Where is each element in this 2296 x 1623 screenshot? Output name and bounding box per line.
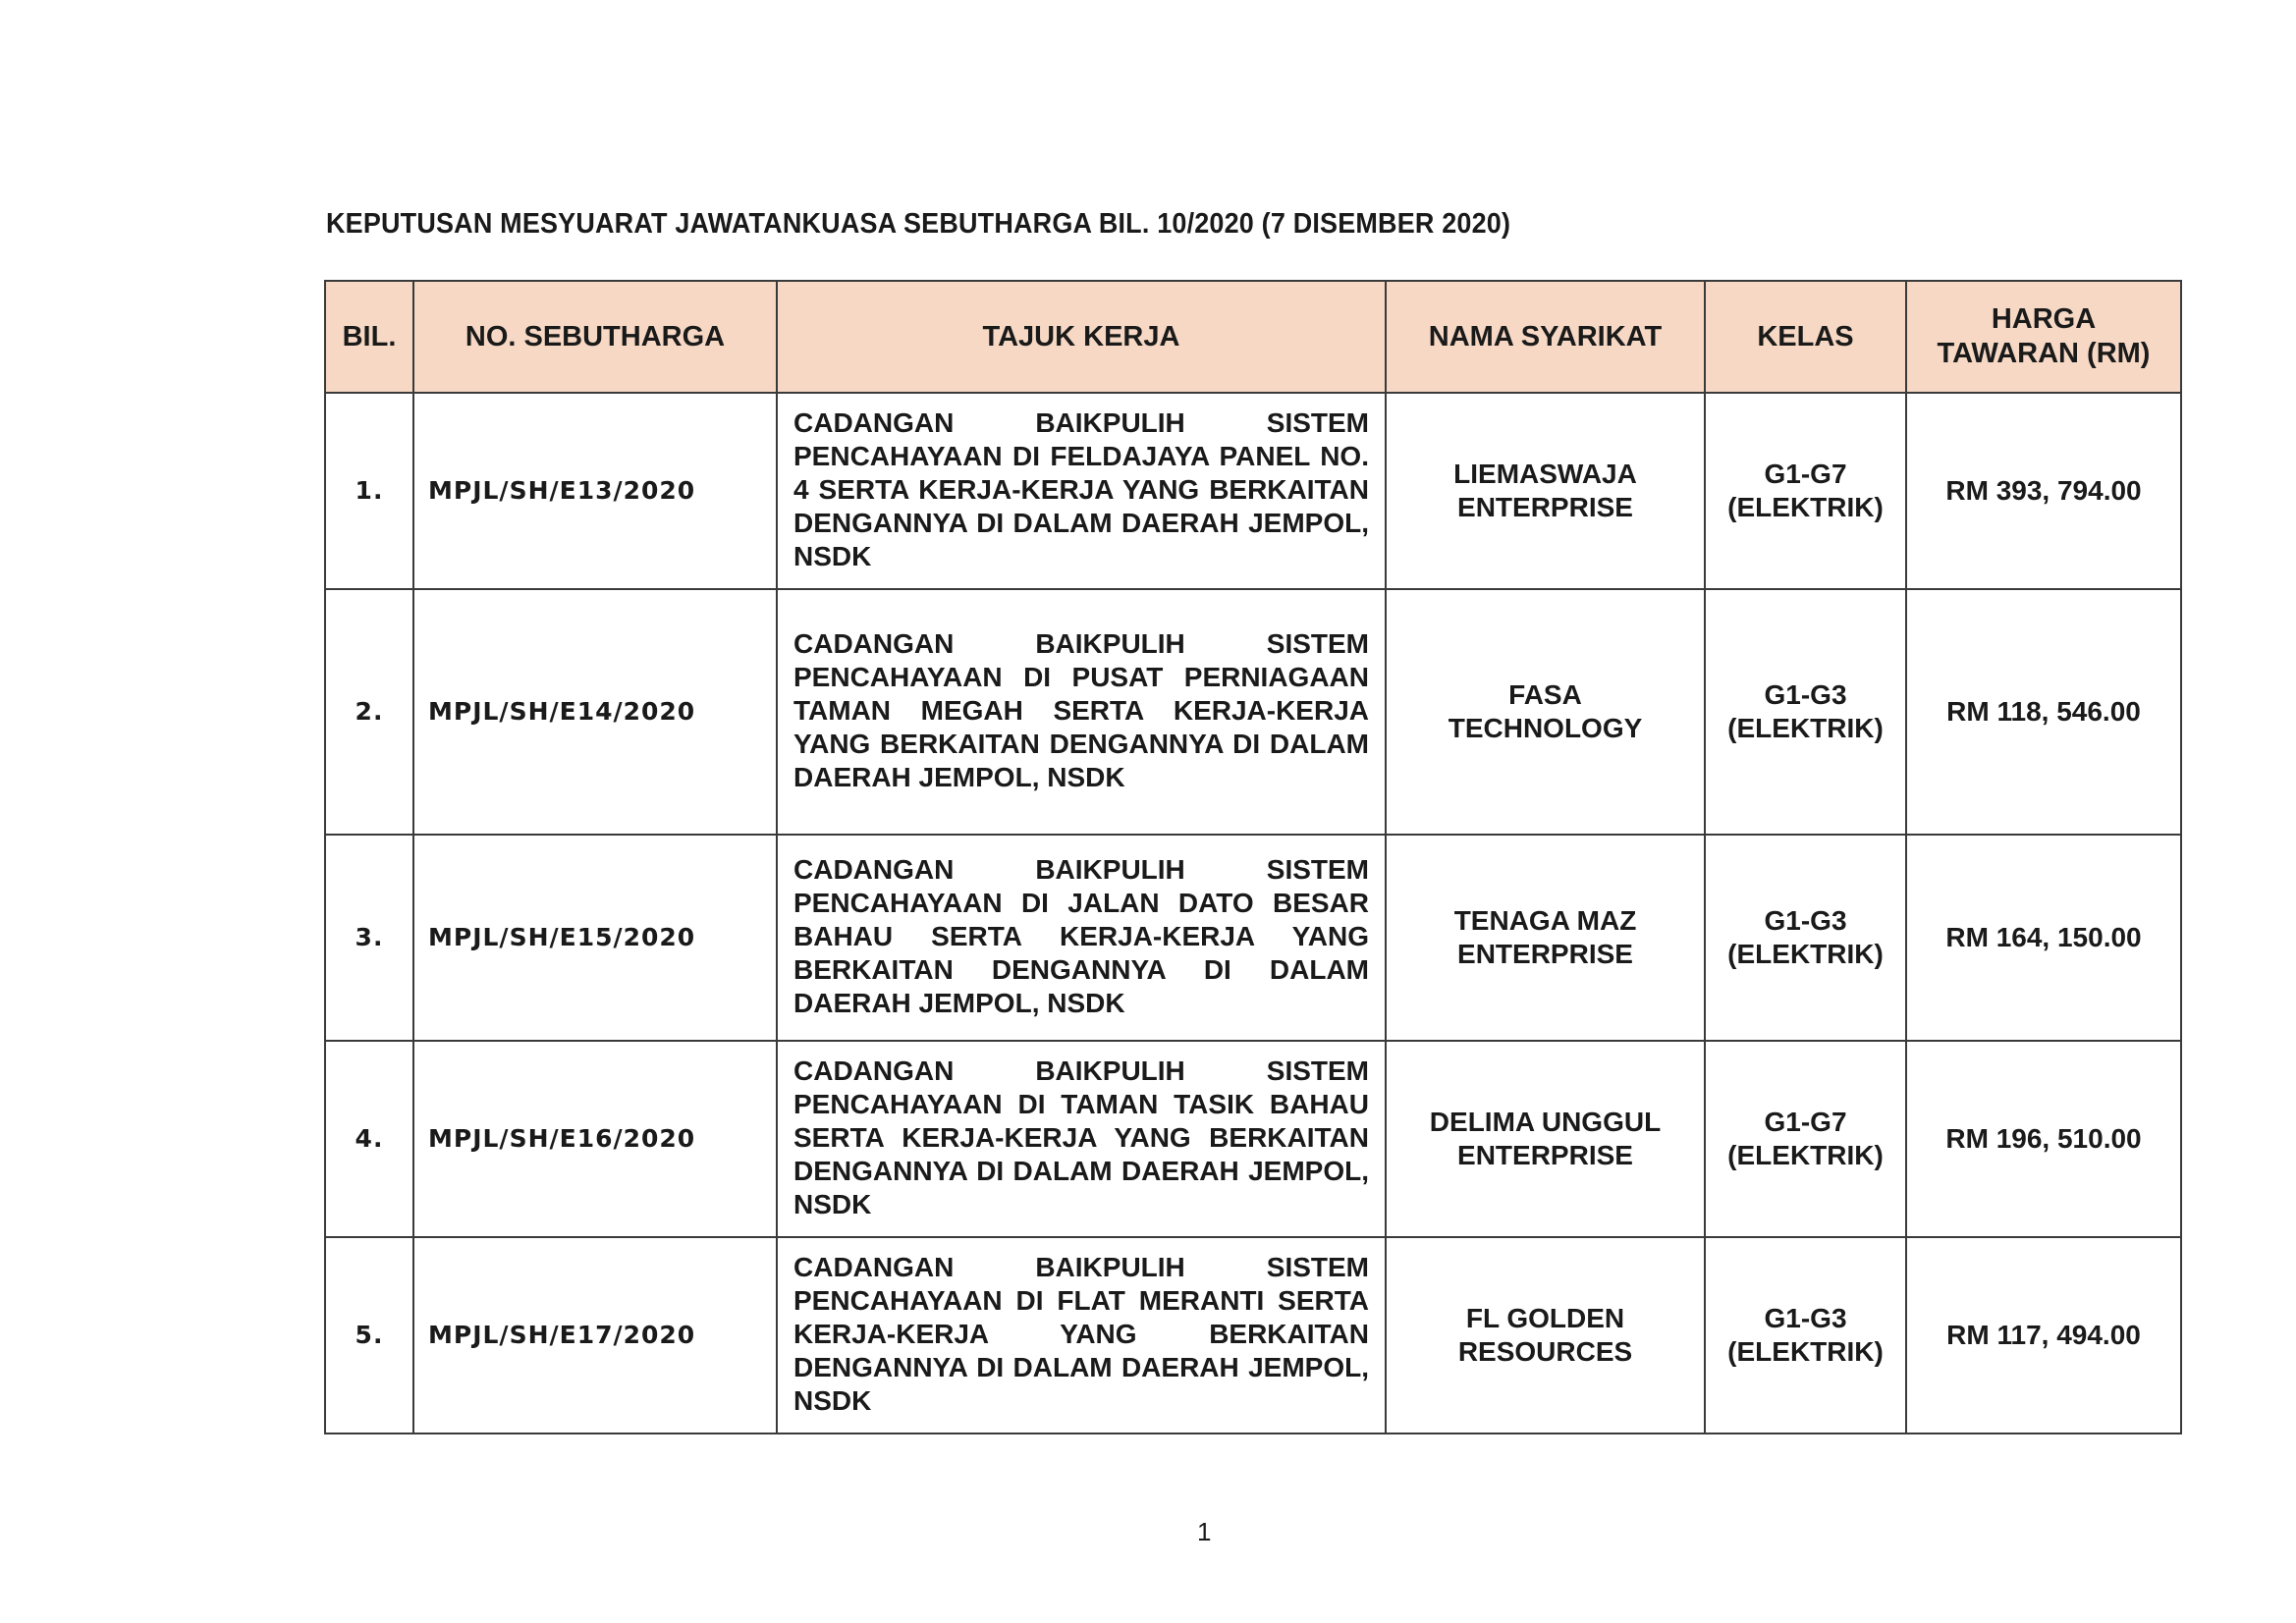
syarikat-line2: ENTERPRISE <box>1394 938 1696 971</box>
cell-no-sebutharga: MPJL/SH/E15/2020 <box>413 835 777 1041</box>
kelas-line1: G1-G3 <box>1714 1302 1897 1335</box>
header-bil: BIL. <box>325 281 413 393</box>
cell-bil: 3. <box>325 835 413 1041</box>
cell-no-sebutharga: MPJL/SH/E13/2020 <box>413 393 777 589</box>
cell-kelas: G1-G7 (ELEKTRIK) <box>1705 1041 1906 1237</box>
syarikat-line1: FL GOLDEN <box>1394 1302 1696 1335</box>
kelas-line1: G1-G3 <box>1714 904 1897 938</box>
cell-tajuk-kerja: CADANGAN BAIKPULIH SISTEM PENCAHAYAAN DI… <box>777 1041 1386 1237</box>
kelas-line1: G1-G3 <box>1714 678 1897 712</box>
syarikat-line1: LIEMASWAJA <box>1394 458 1696 491</box>
cell-kelas: G1-G3 (ELEKTRIK) <box>1705 1237 1906 1434</box>
table-row: 4. MPJL/SH/E16/2020 CADANGAN BAIKPULIH S… <box>325 1041 2181 1237</box>
kelas-line2: (ELEKTRIK) <box>1714 491 1897 524</box>
syarikat-line1: TENAGA MAZ <box>1394 904 1696 938</box>
header-nama-syarikat: NAMA SYARIKAT <box>1386 281 1705 393</box>
table-row: 5. MPJL/SH/E17/2020 CADANGAN BAIKPULIH S… <box>325 1237 2181 1434</box>
cell-bil: 5. <box>325 1237 413 1434</box>
cell-harga-tawaran: RM 117, 494.00 <box>1906 1237 2181 1434</box>
cell-nama-syarikat: DELIMA UNGGUL ENTERPRISE <box>1386 1041 1705 1237</box>
cell-no-sebutharga: MPJL/SH/E17/2020 <box>413 1237 777 1434</box>
cell-no-sebutharga: MPJL/SH/E16/2020 <box>413 1041 777 1237</box>
header-no-sebutharga: NO. SEBUTHARGA <box>413 281 777 393</box>
cell-kelas: G1-G7 (ELEKTRIK) <box>1705 393 1906 589</box>
cell-bil: 1. <box>325 393 413 589</box>
header-harga-line2: TAWARAN (RM) <box>1915 337 2172 371</box>
document-title: KEPUTUSAN MESYUARAT JAWATANKUASA SEBUTHA… <box>326 208 1510 241</box>
syarikat-line1: FASA <box>1394 678 1696 712</box>
cell-tajuk-kerja: CADANGAN BAIKPULIH SISTEM PENCAHAYAAN DI… <box>777 835 1386 1041</box>
kelas-line2: (ELEKTRIK) <box>1714 712 1897 745</box>
kelas-line2: (ELEKTRIK) <box>1714 1139 1897 1172</box>
syarikat-line2: ENTERPRISE <box>1394 1139 1696 1172</box>
page-number: 1 <box>1197 1517 1211 1547</box>
kelas-line1: G1-G7 <box>1714 1106 1897 1139</box>
cell-nama-syarikat: LIEMASWAJA ENTERPRISE <box>1386 393 1705 589</box>
cell-nama-syarikat: FASA TECHNOLOGY <box>1386 589 1705 835</box>
table-row: 2. MPJL/SH/E14/2020 CADANGAN BAIKPULIH S… <box>325 589 2181 835</box>
table-row: 3. MPJL/SH/E15/2020 CADANGAN BAIKPULIH S… <box>325 835 2181 1041</box>
header-harga-line1: HARGA <box>1915 302 2172 337</box>
cell-bil: 4. <box>325 1041 413 1237</box>
syarikat-line2: RESOURCES <box>1394 1335 1696 1369</box>
cell-harga-tawaran: RM 118, 546.00 <box>1906 589 2181 835</box>
cell-harga-tawaran: RM 393, 794.00 <box>1906 393 2181 589</box>
header-tajuk-kerja: TAJUK KERJA <box>777 281 1386 393</box>
kelas-line2: (ELEKTRIK) <box>1714 1335 1897 1369</box>
cell-harga-tawaran: RM 164, 150.00 <box>1906 835 2181 1041</box>
kelas-line2: (ELEKTRIK) <box>1714 938 1897 971</box>
cell-no-sebutharga: MPJL/SH/E14/2020 <box>413 589 777 835</box>
cell-kelas: G1-G3 (ELEKTRIK) <box>1705 589 1906 835</box>
cell-nama-syarikat: FL GOLDEN RESOURCES <box>1386 1237 1705 1434</box>
quotation-results-table: BIL. NO. SEBUTHARGA TAJUK KERJA NAMA SYA… <box>324 280 2182 1434</box>
syarikat-line1: DELIMA UNGGUL <box>1394 1106 1696 1139</box>
cell-bil: 2. <box>325 589 413 835</box>
cell-tajuk-kerja: CADANGAN BAIKPULIH SISTEM PENCAHAYAAN DI… <box>777 589 1386 835</box>
cell-kelas: G1-G3 (ELEKTRIK) <box>1705 835 1906 1041</box>
cell-nama-syarikat: TENAGA MAZ ENTERPRISE <box>1386 835 1705 1041</box>
header-harga-tawaran: HARGA TAWARAN (RM) <box>1906 281 2181 393</box>
syarikat-line2: TECHNOLOGY <box>1394 712 1696 745</box>
cell-harga-tawaran: RM 196, 510.00 <box>1906 1041 2181 1237</box>
header-kelas: KELAS <box>1705 281 1906 393</box>
table-row: 1. MPJL/SH/E13/2020 CADANGAN BAIKPULIH S… <box>325 393 2181 589</box>
cell-tajuk-kerja: CADANGAN BAIKPULIH SISTEM PENCAHAYAAN DI… <box>777 393 1386 589</box>
cell-tajuk-kerja: CADANGAN BAIKPULIH SISTEM PENCAHAYAAN DI… <box>777 1237 1386 1434</box>
kelas-line1: G1-G7 <box>1714 458 1897 491</box>
syarikat-line2: ENTERPRISE <box>1394 491 1696 524</box>
table-header-row: BIL. NO. SEBUTHARGA TAJUK KERJA NAMA SYA… <box>325 281 2181 393</box>
